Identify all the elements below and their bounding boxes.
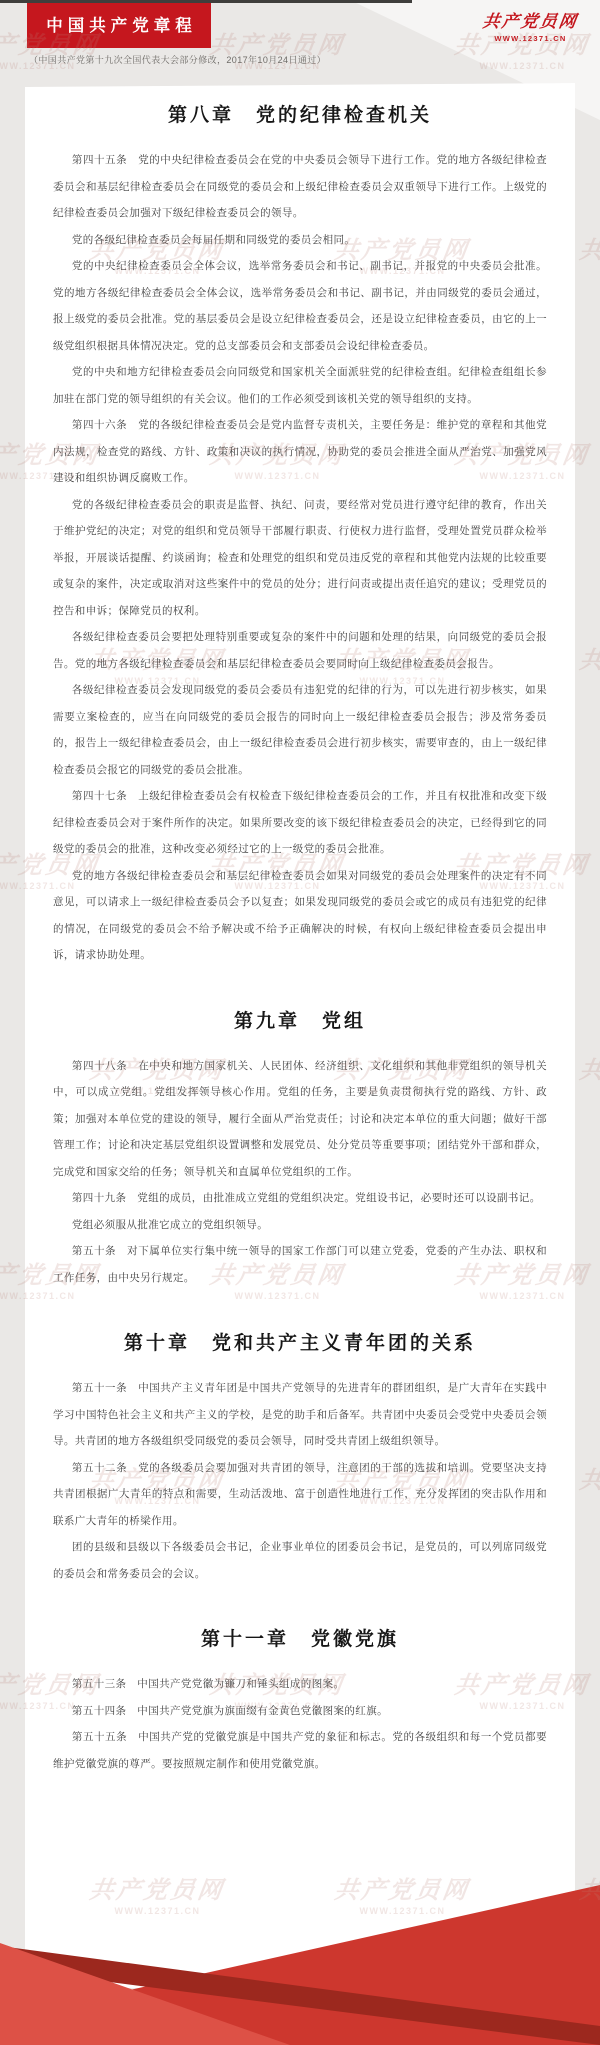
- paragraph: 第五十三条 中国共产党党徽为镰刀和锤头组成的图案。: [53, 1671, 547, 1698]
- site-logo-url: WWW.12371.CN: [483, 34, 578, 43]
- chapter-11: 第十一章 党徽党旗 第五十三条 中国共产党党徽为镰刀和锤头组成的图案。 第五十四…: [53, 1627, 547, 1777]
- paragraph: 第四十七条 上级纪律检查委员会有权检查下级纪律检查委员会的工作，并且有权批准和改…: [53, 783, 547, 863]
- paragraph: 党的各级纪律检查委员会每届任期和同级党的委员会相同。: [53, 227, 547, 254]
- document-title: 中国共产党章程: [41, 12, 197, 36]
- paragraph: 各级纪律检查委员会要把处理特别重要或复杂的案件中的问题和处理的结果，向同级党的委…: [53, 624, 547, 677]
- watermark: 共产党员网WWW.12371.CN: [580, 640, 600, 686]
- paragraph: 第四十六条 党的各级纪律检查委员会是党内监督专责机关，主要任务是：维护党的章程和…: [53, 412, 547, 492]
- chapter-8-title: 第八章 党的纪律检查机关: [53, 103, 547, 129]
- chapter-10-title: 第十章 党和共产主义青年团的关系: [53, 1331, 547, 1357]
- paragraph: 党的中央和地方纪律检查委员会向同级党和国家机关全面派驻党的纪律检查组。纪律检查组…: [53, 359, 547, 412]
- revision-note: （中国共产党第十九次全国代表大会部分修改，2017年10月24日通过）: [29, 53, 326, 66]
- watermark: 共产党员网WWW.12371.CN: [580, 1870, 600, 1916]
- paragraph: 第五十二条 党的各级委员会要加强对共青团的领导，注意团的干部的选拔和培训。党要坚…: [53, 1455, 547, 1535]
- paragraph: 第五十条 对下属单位实行集中统一领导的国家工作部门可以建立党委，党委的产生办法、…: [53, 1238, 547, 1291]
- site-logo-calligraphy: 共产党员网: [481, 7, 580, 32]
- paragraph: 第五十五条 中国共产党的党徽党旗是中国共产党的象征和标志。党的各级组织和每一个党…: [53, 1724, 547, 1777]
- paragraph: 各级纪律检查委员会发现同级党的委员会委员有违犯党的纪律的行为，可以先进行初步核实…: [53, 677, 547, 783]
- chapter-10: 第十章 党和共产主义青年团的关系 第五十一条 中国共产主义青年团是中国共产党领导…: [53, 1331, 547, 1587]
- title-banner: 中国共产党章程: [27, 0, 211, 48]
- paragraph: 党的地方各级纪律检查委员会和基层纪律检查委员会如果对同级党的委员会处理案件的决定…: [53, 863, 547, 969]
- chapter-9-title: 第九章 党组: [53, 1009, 547, 1035]
- document-panel: 第八章 党的纪律检查机关 第四十五条 党的中央纪律检查委员会在党的中央委员会领导…: [25, 83, 575, 1988]
- paragraph: 党的中央纪律检查委员会全体会议，选举常务委员会和书记、副书记，并报党的中央委员会…: [53, 253, 547, 359]
- top-edge-strip: [0, 0, 412, 3]
- paragraph: 党组必须服从批准它成立的党组织领导。: [53, 1212, 547, 1239]
- chapter-8: 第八章 党的纪律检查机关 第四十五条 党的中央纪律检查委员会在党的中央委员会领导…: [53, 103, 547, 969]
- paragraph: 第四十五条 党的中央纪律检查委员会在党的中央委员会领导下进行工作。党的地方各级纪…: [53, 147, 547, 227]
- paragraph: 第五十一条 中国共产主义青年团是中国共产党领导的先进青年的群团组织，是广大青年在…: [53, 1375, 547, 1455]
- paragraph: 第四十九条 党组的成员，由批准成立党组的党组织决定。党组设书记，必要时还可以设副…: [53, 1185, 547, 1212]
- paragraph: 团的县级和县级以下各级委员会书记，企业事业单位的团委员会书记，是党员的，可以列席…: [53, 1534, 547, 1587]
- paragraph: 党的各级纪律检查委员会的职责是监督、执纪、问责，要经常对党员进行遵守纪律的教育，…: [53, 492, 547, 625]
- chapter-11-title: 第十一章 党徽党旗: [53, 1627, 547, 1653]
- paragraph: 第四十八条 在中央和地方国家机关、人民团体、经济组织、文化组织和其他非党组织的领…: [53, 1053, 547, 1186]
- site-logo: 共产党员网 WWW.12371.CN: [483, 7, 578, 43]
- page-root: 中国共产党章程 （中国共产党第十九次全国代表大会部分修改，2017年10月24日…: [0, 0, 600, 2045]
- paragraph: 第五十四条 中国共产党党旗为旗面缀有金黄色党徽图案的红旗。: [53, 1698, 547, 1725]
- watermark: 共产党员网WWW.12371.CN: [580, 230, 600, 276]
- watermark: 共产党员网WWW.12371.CN: [580, 1460, 600, 1506]
- chapter-9: 第九章 党组 第四十八条 在中央和地方国家机关、人民团体、经济组织、文化组织和其…: [53, 1009, 547, 1292]
- watermark: 共产党员网WWW.12371.CN: [580, 1050, 600, 1096]
